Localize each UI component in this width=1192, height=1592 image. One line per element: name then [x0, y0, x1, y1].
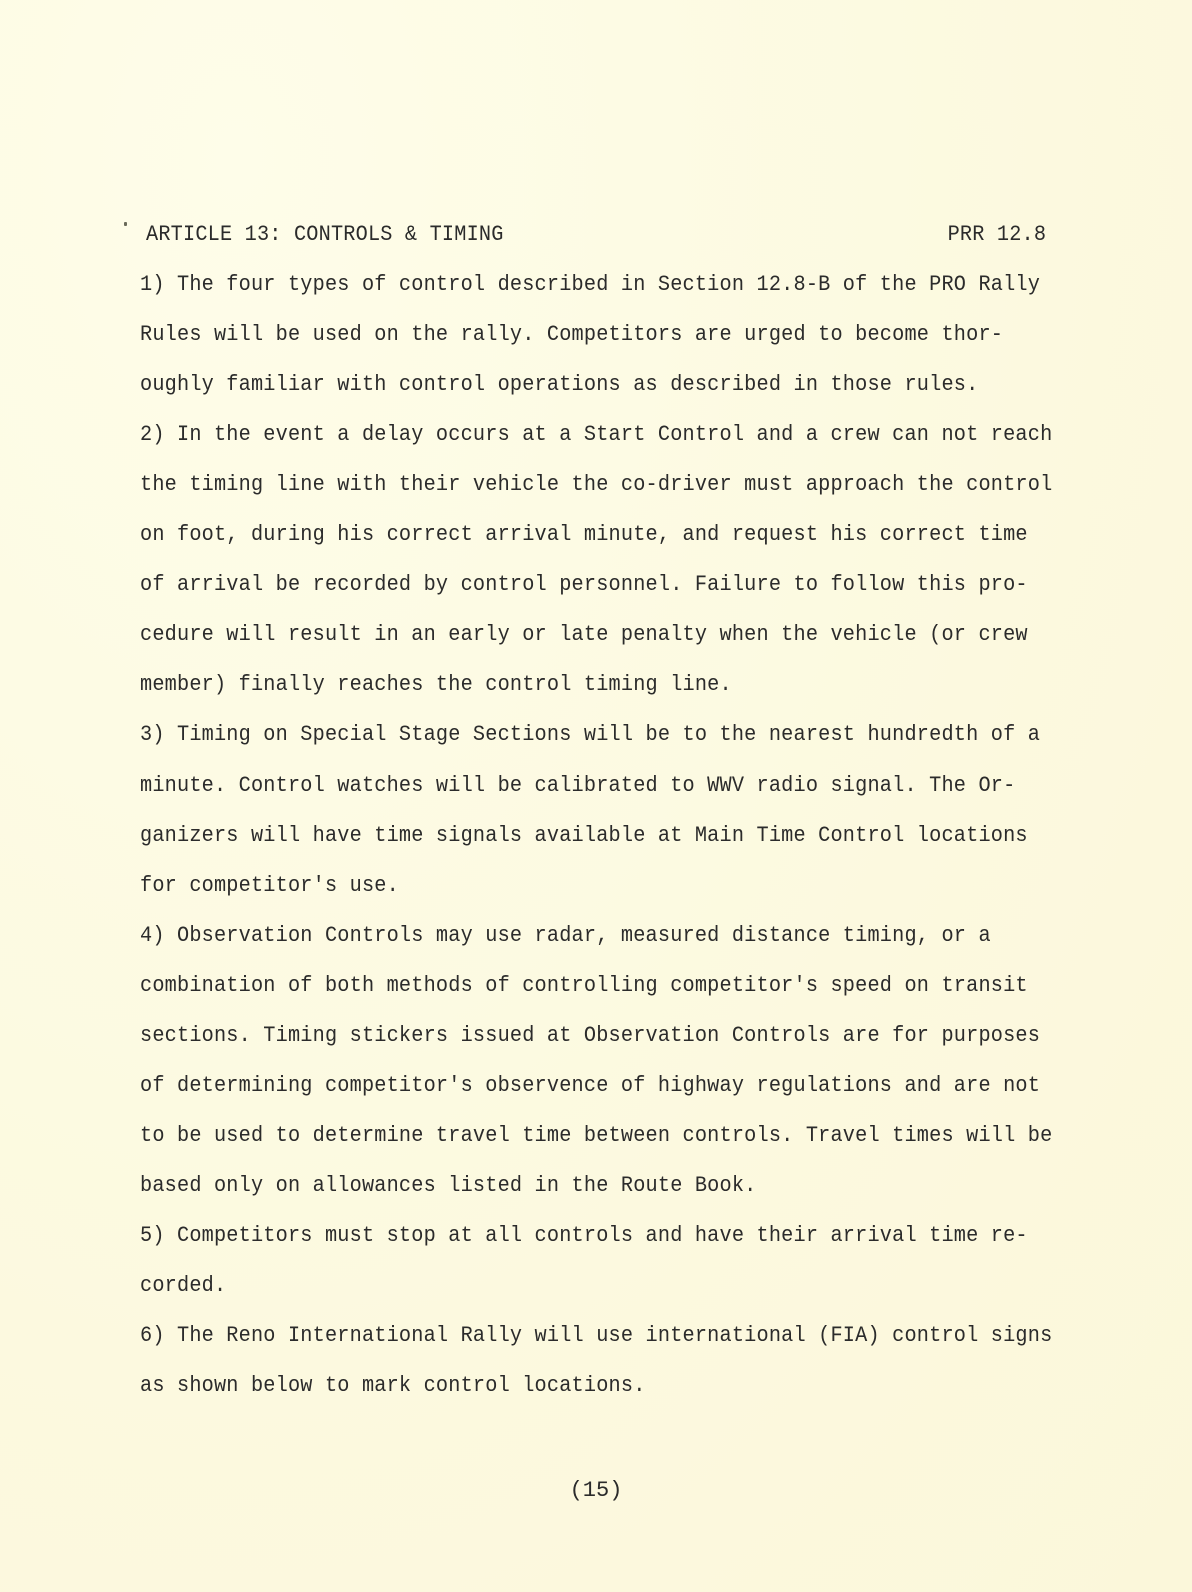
- text-line: of determining competitor's observence o…: [140, 1073, 1040, 1099]
- text-line: ganizers will have time signals availabl…: [140, 823, 1028, 849]
- text-line: based only on allowances listed in the R…: [140, 1173, 757, 1199]
- text-line: the timing line with their vehicle the c…: [140, 472, 1052, 498]
- article-title: ARTICLE 13: CONTROLS & TIMING: [146, 222, 504, 248]
- text-line: 5) Competitors must stop at all controls…: [140, 1223, 1028, 1249]
- text-line: 2) In the event a delay occurs at a Star…: [140, 422, 1052, 448]
- page-number: (15): [0, 1478, 1192, 1504]
- text-line: for competitor's use.: [140, 873, 399, 899]
- text-line: oughly familiar with control operations …: [140, 372, 978, 398]
- text-line: of arrival be recorded by control person…: [140, 572, 1028, 598]
- article-header: ARTICLE 13: CONTROLS & TIMING PRR 12.8: [146, 222, 1046, 252]
- text-line: sections. Timing stickers issued at Obse…: [140, 1023, 1040, 1049]
- text-line: 1) The four types of control described i…: [140, 272, 1040, 298]
- text-line: corded.: [140, 1273, 226, 1299]
- rule-reference: PRR 12.8: [947, 222, 1046, 248]
- text-line: cedure will result in an early or late p…: [140, 622, 1028, 648]
- text-line: Rules will be used on the rally. Competi…: [140, 322, 1003, 348]
- stray-ink-mark: [124, 222, 127, 226]
- text-line: combination of both methods of controlli…: [140, 973, 1028, 999]
- text-line: to be used to determine travel time betw…: [140, 1123, 1052, 1149]
- text-line: member) finally reaches the control timi…: [140, 672, 732, 698]
- document-page: ARTICLE 13: CONTROLS & TIMING PRR 12.8 1…: [0, 0, 1192, 1592]
- text-line: minute. Control watches will be calibrat…: [140, 773, 1015, 799]
- text-line: on foot, during his correct arrival minu…: [140, 522, 1028, 548]
- text-line: 3) Timing on Special Stage Sections will…: [140, 722, 1040, 748]
- text-line: 6) The Reno International Rally will use…: [140, 1323, 1052, 1349]
- text-line: as shown below to mark control locations…: [140, 1373, 646, 1399]
- text-line: 4) Observation Controls may use radar, m…: [140, 923, 991, 949]
